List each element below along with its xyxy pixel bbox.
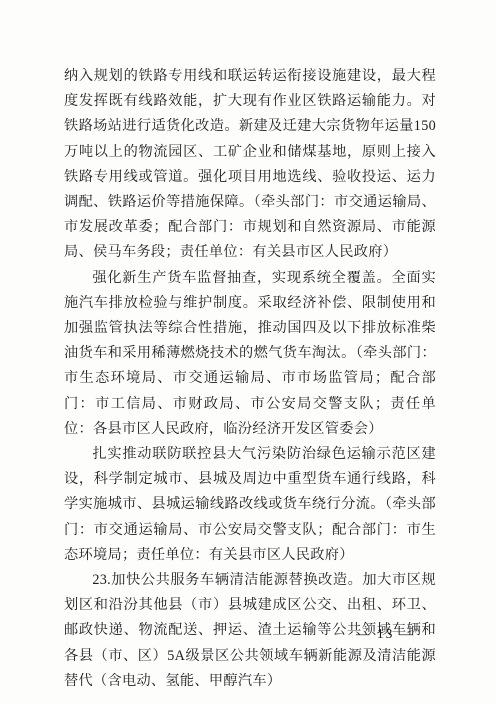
paragraph: 扎实推动联防联控县大气污染防治绿色运输示范区建设，科学制定城市、县城及周边中重型… <box>64 442 436 568</box>
page-number: — 13 — <box>356 626 415 642</box>
text-block: 纳入规划的铁路专用线和联运转运衔接设施建设，最大程度发挥既有线路效能，扩大现有作… <box>64 64 436 694</box>
document-page: 纳入规划的铁路专用线和联运转运衔接设施建设，最大程度发挥既有线路效能，扩大现有作… <box>0 0 496 704</box>
paragraph: 纳入规划的铁路专用线和联运转运衔接设施建设，最大程度发挥既有线路效能，扩大现有作… <box>64 64 436 266</box>
paragraph: 强化新生产货车监督抽查，实现系统全覆盖。全面实施汽车排放检验与维护制度。采取经济… <box>64 266 436 442</box>
